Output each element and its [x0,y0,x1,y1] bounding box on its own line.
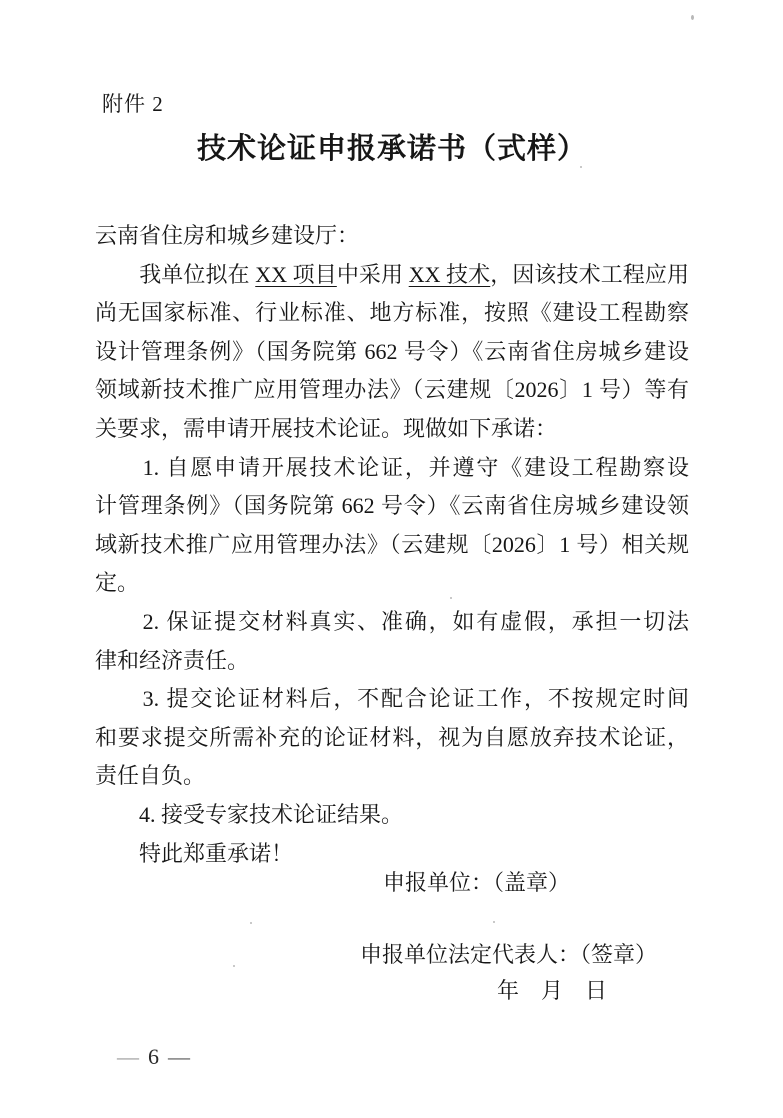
scan-artifact [580,166,582,168]
document-title: 技术论证申报承诺书（式样） [95,126,689,167]
text-segment: 中采用 [337,262,409,287]
scan-artifact [450,597,452,599]
body-line-intro: 我单位拟在 XX 项目中采用 XX 技术，因该技术工程应用 [95,256,689,295]
underlined-technology-placeholder: XX 技术 [409,262,491,287]
body-line: 设计管理条例》（国务院第 662 号令）《云南省住房城乡建设 [95,333,689,372]
page-number-value: 6 [148,1044,159,1070]
body-line: 尚无国家标准、行业标准、地方标准，按照《建设工程勘察 [95,294,689,333]
body-line-item-1: 1. 自愿申请开展技术论证，并遵守《建设工程勘察设 [95,449,689,488]
text-segment: ，因该技术工程应用 [490,262,689,287]
signature-date-line: 年 月 日 [497,974,607,1005]
text-segment: 我单位拟在 [139,262,255,287]
attachment-label: 附件 2 [102,88,164,118]
salutation-line: 云南省住房和城乡建设厅： [95,217,689,256]
body-line: 领域新技术推广应用管理办法》（云建规〔2026〕1 号）等有 [95,371,689,410]
scanned-document-page: 附件 2 技术论证申报承诺书（式样） 云南省住房和城乡建设厅： 我单位拟在 XX… [0,0,783,1118]
body-line: 关要求，需申请开展技术论证。现做如下承诺： [95,410,689,449]
body-line: 域新技术推广应用管理办法》（云建规〔2026〕1 号）相关规 [95,526,689,565]
page-number-dash-left: — [117,1044,139,1070]
scan-artifact [691,15,694,20]
body-line: 和要求提交所需补充的论证材料，视为自愿放弃技术论证， [95,719,689,758]
page-number-dash-right: — [168,1044,190,1070]
body-line: 定。 [95,564,689,603]
document-body: 云南省住房和城乡建设厅： 我单位拟在 XX 项目中采用 XX 技术，因该技术工程… [95,217,689,873]
text-segment [95,262,139,287]
scan-artifact [493,921,495,923]
body-line: 责任自负。 [95,757,689,796]
body-line: 计管理条例》（国务院第 662 号令）《云南省住房城乡建设领 [95,487,689,526]
signature-legal-representative-line: 申报单位法定代表人：（签章） [360,938,657,969]
scan-artifact [250,922,252,924]
body-line-item-2: 2. 保证提交材料真实、准确，如有虚假，承担一切法 [95,603,689,642]
body-line-item-4: 4. 接受专家技术论证结果。 [95,796,689,835]
body-line: 律和经济责任。 [95,642,689,681]
body-line-item-3: 3. 提交论证材料后，不配合论证工作，不按规定时间 [95,680,689,719]
page-number: — 6 — [117,1044,190,1070]
signature-unit-seal-line: 申报单位：（盖章） [383,866,570,897]
underlined-project-placeholder: XX 项目 [255,262,337,287]
scan-artifact [233,965,235,967]
